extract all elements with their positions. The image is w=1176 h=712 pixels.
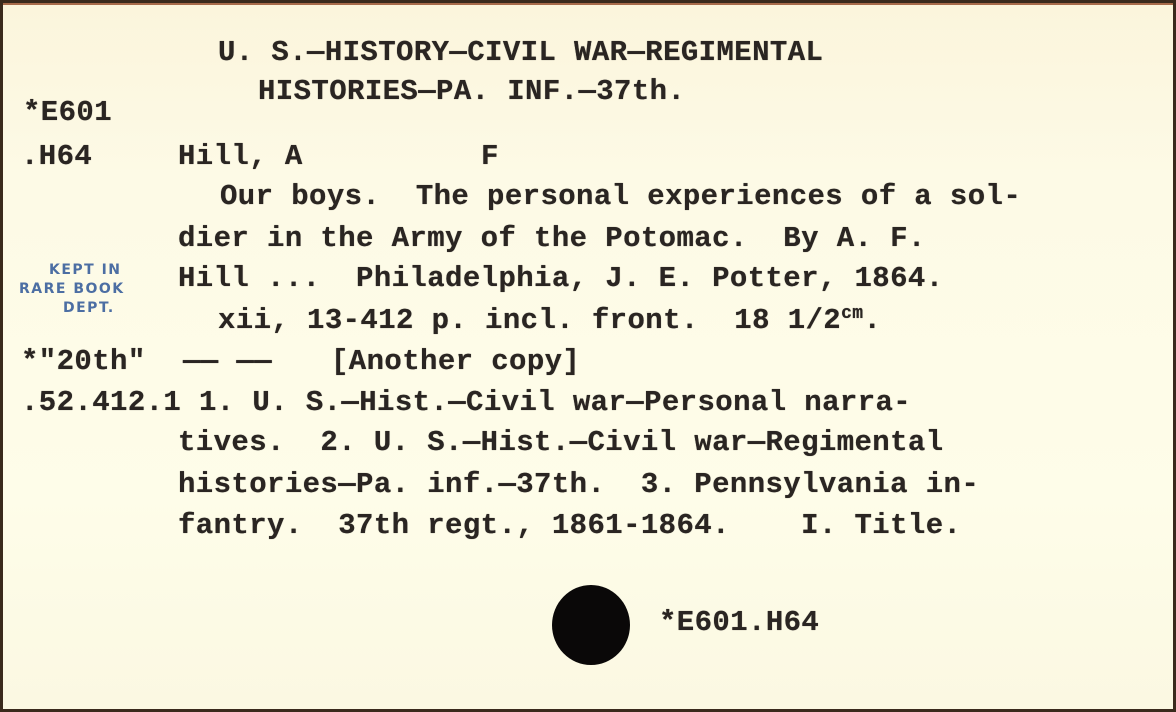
author-initial: F [481, 142, 499, 171]
subject-heading-line-1: U. S.—HISTORY—CIVIL WAR—REGIMENTAL [218, 38, 823, 67]
tracing-line-4: fantry. 37th regt., 1861-1864. I. Title. [178, 511, 961, 540]
rare-book-stamp: KEPT IN RARE BOOK DEPT. [45, 262, 73, 357]
imprint-line: Hill ... Philadelphia, J. E. Potter, 186… [178, 264, 944, 293]
tracing-line-1: 1. U. S.—Hist.—Civil war—Personal narra- [199, 388, 911, 417]
stamp-line-2: RARE BOOK [19, 281, 125, 297]
collation-end: . [864, 304, 882, 337]
stamp-line-3: DEPT. [63, 300, 115, 316]
stamp-line-1: KEPT IN [49, 262, 122, 278]
call-number-line-2: .H64 [21, 142, 92, 171]
author-name: Hill, A [178, 142, 303, 171]
collation-unit: cm [841, 304, 863, 324]
title-line-2: dier in the Army of the Potomac. By A. F… [178, 224, 926, 253]
bottom-call-number: *E601.H64 [659, 608, 819, 637]
catalog-card: U. S.—HISTORY—CIVIL WAR—REGIMENTAL HISTO… [3, 3, 1173, 709]
tracing-line-2: tives. 2. U. S.—Hist.—Civil war—Regiment… [178, 428, 944, 457]
second-copy-note: [Another copy] [331, 347, 580, 376]
second-copy-dashes: —— —— [183, 347, 272, 376]
second-copy-call-number: *"20th" [21, 347, 146, 376]
tracing-line-3: histories—Pa. inf.—37th. 3. Pennsylvania… [178, 470, 979, 499]
second-copy-call-number-2: .52.412.1 [21, 388, 181, 417]
subject-heading-line-2: HISTORIES—PA. INF.—37th. [258, 77, 685, 106]
collation-line: xii, 13-412 p. incl. front. 18 1/2cm. [218, 305, 881, 335]
collation-text: xii, 13-412 p. incl. front. 18 1/2 [218, 304, 841, 337]
punch-hole [552, 585, 630, 665]
title-line-1: Our boys. The personal experiences of a … [220, 182, 1021, 211]
call-number-line-1: *E601 [23, 98, 112, 127]
